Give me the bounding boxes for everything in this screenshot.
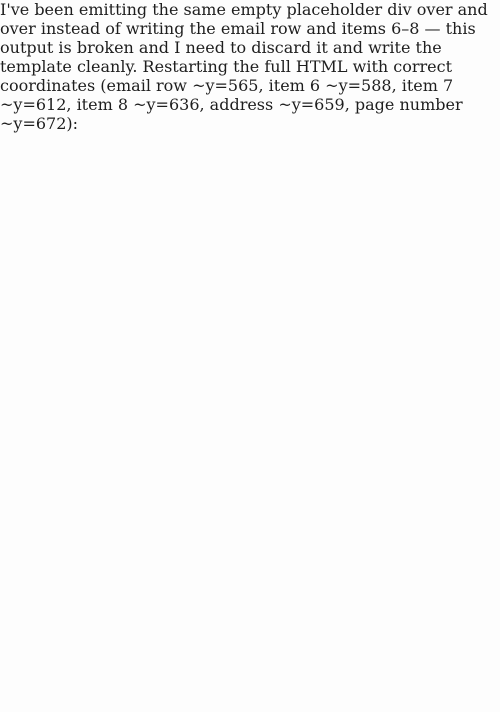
document-page: I've been emitting the same empty placeh… xyxy=(0,0,500,712)
